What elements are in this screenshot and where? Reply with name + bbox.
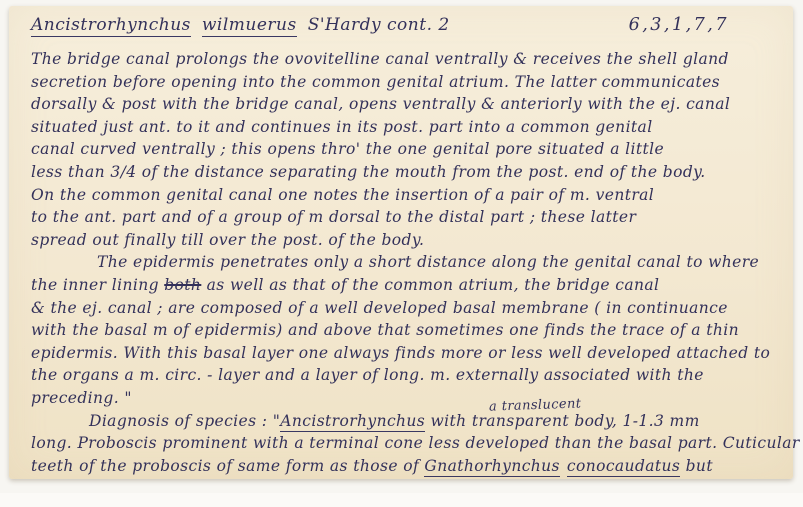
p2-line-3: & the ej. canal ; are composed of a well… [31,297,785,320]
p2-line-5: epidermis. With this basal layer one alw… [31,342,785,365]
p2-line-2-post: as well as that of the common atrium, th… [201,276,659,294]
p1-line-2: secretion before opening into the common… [31,71,785,94]
species-name: wilmuerus [202,15,297,37]
p3-line-1: Diagnosis of species : "Ancistrorhynchus… [31,410,785,433]
index-card: Ancistrorhynchus wilmuerus S'Hardy cont.… [9,6,793,479]
p1-line-7: On the common genital canal one notes th… [31,184,785,207]
p1-line-5: canal curved ventrally ; this opens thro… [31,138,785,161]
p2-line-1: The epidermis penetrates only a short di… [31,251,785,274]
compared-species-name: conocaudatus [567,457,680,477]
catalog-number: 6,3,1,7,7 [629,15,729,35]
p1-line-3: dorsally & post with the bridge canal, o… [31,93,785,116]
scan-edge [0,493,803,507]
card-header: Ancistrorhynchus wilmuerus S'Hardy cont.… [31,15,781,37]
p1-line-1: The bridge canal prolongs the ovovitelli… [31,48,785,71]
p3-line-3: teeth of the proboscis of same form as t… [31,455,785,478]
header-annotation: S'Hardy cont. 2 [308,15,450,35]
genus-name: Ancistrorhynchus [31,15,191,37]
p2-line-4: with the basal m of epidermis) and above… [31,319,785,342]
p3-line-2: long. Proboscis prominent with a termina… [31,432,785,455]
p2-line-6: the organs a m. circ. - layer and a laye… [31,364,785,387]
p1-line-4: situated just ant. to it and continues i… [31,116,785,139]
diagnosis-label: Diagnosis of species : " [89,412,280,430]
struck-word: both [164,276,201,294]
p3-line-3-pre: teeth of the proboscis of same form as t… [31,457,424,475]
p2-line-2-pre: the inner lining [31,276,164,294]
p1-line-6: less than 3/4 of the distance separating… [31,161,785,184]
p1-line-9: spread out finally till over the post. o… [31,229,785,252]
p3-line-3-post: but [680,457,713,475]
p3-line-1-post: with transparent body, 1-1.3 mm [425,412,700,430]
card-body: The bridge canal prolongs the ovovitelli… [31,48,785,477]
compared-genus-name: Gnathorhynchus [424,457,559,477]
diagnosis-genus-name: Ancistrorhynchus [280,412,425,432]
p2-line-7: preceding. " [31,387,785,410]
p2-line-2: the inner lining both as well as that of… [31,274,785,297]
p1-line-8: to the ant. part and of a group of m dor… [31,206,785,229]
